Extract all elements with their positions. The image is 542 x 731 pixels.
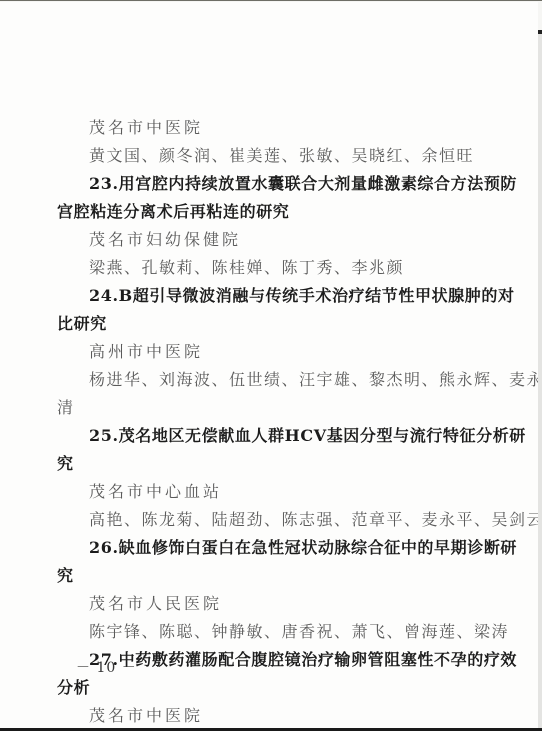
item-title-25-cont: 究 [57, 450, 487, 478]
item-title-23: 23.用宫腔内持续放置水囊联合大剂量雌激素综合方法预防 [57, 170, 487, 198]
scan-mark [538, 30, 542, 34]
top-border [0, 0, 542, 1]
org-line: 茂名市中心血站 [57, 478, 487, 506]
authors-line: 陈宇锋、陈聪、钟静敏、唐香祝、萧飞、曾海莲、梁涛 [57, 618, 487, 646]
item-title-25: 25.茂名地区无偿献血人群HCV基因分型与流行特征分析研 [57, 422, 487, 450]
org-line: 高州市中医院 [57, 338, 487, 366]
item-title-24-cont: 比研究 [57, 310, 487, 338]
document-body: 茂名市中医院 黄文国、颜冬润、崔美莲、张敏、吴晓红、余恒旺 23.用宫腔内持续放… [57, 114, 487, 730]
document-page: 茂名市中医院 黄文国、颜冬润、崔美莲、张敏、吴晓红、余恒旺 23.用宫腔内持续放… [0, 2, 538, 728]
item-title-26-cont: 究 [57, 562, 487, 590]
item-title-24: 24.B超引导微波消融与传统手术治疗结节性甲状腺肿的对 [57, 282, 487, 310]
page-edge-shadow [538, 30, 542, 730]
org-line: 茂名市中医院 [57, 702, 487, 730]
authors-line: 高艳、陈龙菊、陆超劲、陈志强、范章平、麦永平、吴剑云 [57, 506, 487, 534]
org-line: 茂名市中医院 [57, 114, 487, 142]
item-title-27-cont: 分析 [57, 674, 487, 702]
org-line: 茂名市人民医院 [57, 590, 487, 618]
page-number: － 10 － [76, 657, 137, 677]
item-title-23-cont: 宫腔粘连分离术后再粘连的研究 [57, 198, 487, 226]
authors-line: 梁燕、孔敏莉、陈桂婵、陈丁秀、李兆颜 [57, 254, 487, 282]
authors-line: 黄文国、颜冬润、崔美莲、张敏、吴晓红、余恒旺 [57, 142, 487, 170]
authors-line: 杨进华、刘海波、伍世绩、汪宇雄、黎杰明、熊永辉、麦永 [57, 366, 487, 394]
authors-line-cont: 清 [57, 394, 487, 422]
org-line: 茂名市妇幼保健院 [57, 226, 487, 254]
item-title-26: 26.缺血修饰白蛋白在急性冠状动脉综合征中的早期诊断研 [57, 534, 487, 562]
